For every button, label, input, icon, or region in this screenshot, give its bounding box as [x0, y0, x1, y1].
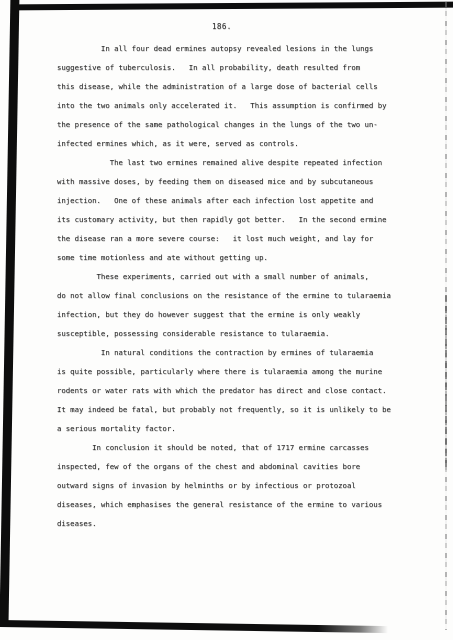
paragraph-autopsy-findings: In all four dead ermines autopsy reveale… [57, 39, 417, 153]
paragraph-experiment-conclusions: These experiments, carried out with a sm… [57, 267, 417, 343]
scanned-document-page: 186. In all four dead ermines autopsy re… [0, 0, 453, 640]
page-number: 186. [212, 22, 232, 31]
page-body: In all four dead ermines autopsy reveale… [57, 39, 417, 533]
scan-border-bottom [0, 620, 388, 633]
paragraph-final-conclusion: In conclusion it should be noted, that o… [57, 438, 417, 533]
paragraph-surviving-ermines: The last two ermines remained alive desp… [57, 153, 417, 267]
paragraph-natural-conditions: In natural conditions the contraction by… [57, 343, 417, 438]
scan-border-top [12, 2, 453, 11]
page-edge-line-dark-segment [445, 295, 447, 470]
scan-border-left [0, 0, 19, 624]
